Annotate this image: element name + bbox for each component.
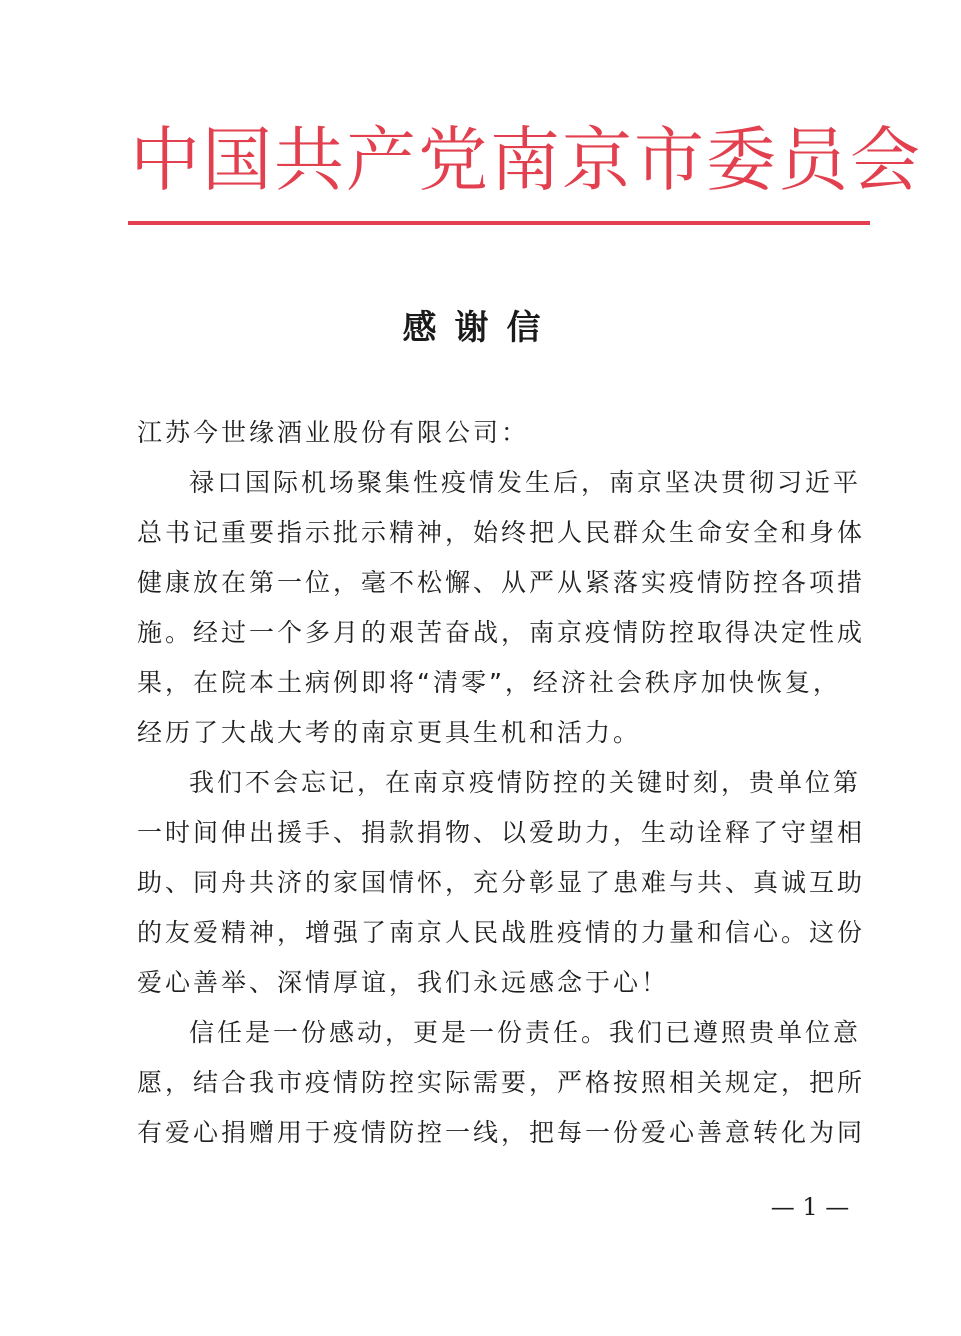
page-number: — 1 — xyxy=(760,1193,860,1221)
paragraph-1-line: 总书记重要指示批示精神，始终把人民群众生命安全和身体 xyxy=(137,508,863,558)
document-title: 感谢信 xyxy=(0,300,961,349)
paragraph-2-line: 助、同舟共济的家国情怀，充分彰显了患难与共、真诚互助 xyxy=(137,858,863,908)
paragraph-3-line: 信任是一份感动，更是一份责任。我们已遵照贵单位意 xyxy=(137,1008,863,1058)
salutation: 江苏今世缘酒业股份有限公司： xyxy=(137,408,863,458)
paragraph-3-line: 有爱心捐赠用于疫情防控一线，把每一份爱心善意转化为同 xyxy=(137,1108,863,1158)
paragraph-2-line: 我们不会忘记，在南京疫情防控的关键时刻，贵单位第 xyxy=(137,758,863,808)
paragraph-1-line: 施。经过一个多月的艰苦奋战，南京疫情防控取得决定性成 xyxy=(137,608,863,658)
paragraph-1-line: 禄口国际机场聚集性疫情发生后，南京坚决贯彻习近平 xyxy=(137,458,863,508)
paragraph-3-line: 愿，结合我市疫情防控实际需要，严格按照相关规定，把所 xyxy=(137,1058,863,1108)
letterhead-issuer: 中国共产党南京市委员会 xyxy=(130,112,870,208)
document-page: 中国共产党南京市委员会 感谢信 江苏今世缘酒业股份有限公司： 禄口国际机场聚集性… xyxy=(0,0,961,1336)
paragraph-2-line: 的友爱精神，增强了南京人民战胜疫情的力量和信心。这份 xyxy=(137,908,863,958)
letter-body: 江苏今世缘酒业股份有限公司： 禄口国际机场聚集性疫情发生后，南京坚决贯彻习近平 … xyxy=(137,408,863,1158)
paragraph-1-line: 果，在院本土病例即将“清零”，经济社会秩序加快恢复， xyxy=(137,658,863,708)
letterhead-red-rule xyxy=(128,221,870,225)
paragraph-2-line: 爱心善举、深情厚谊，我们永远感念于心！ xyxy=(137,958,863,1008)
paragraph-1-line: 健康放在第一位，毫不松懈、从严从紧落实疫情防控各项措 xyxy=(137,558,863,608)
paragraph-2-line: 一时间伸出援手、捐款捐物、以爱助力，生动诠释了守望相 xyxy=(137,808,863,858)
paragraph-1-line: 经历了大战大考的南京更具生机和活力。 xyxy=(137,708,863,758)
